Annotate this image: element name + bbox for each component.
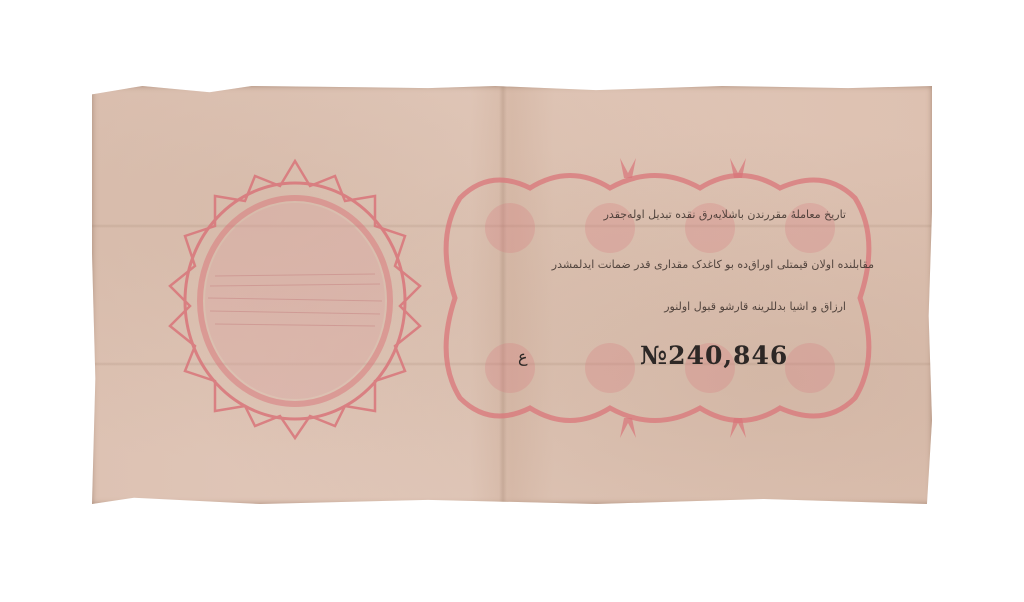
ottoman-text-line-1: تاریخ معاملهٔ مقررندن باشلایه‌رق نقد‌ه ت…	[604, 208, 846, 221]
series-letter: ع	[518, 347, 528, 366]
ornamental-vignette	[160, 156, 430, 441]
ornamental-text-panel	[430, 158, 885, 438]
ottoman-text-line-2: مقابلنده اولان قیمتلی اوراق‌ده بو کاغدک …	[552, 258, 874, 271]
ottoman-text-line-3: ارزاق و اشیا بدللرینه قارشو قبول اولنور	[664, 300, 846, 313]
serial-number: №240,846	[640, 341, 788, 370]
